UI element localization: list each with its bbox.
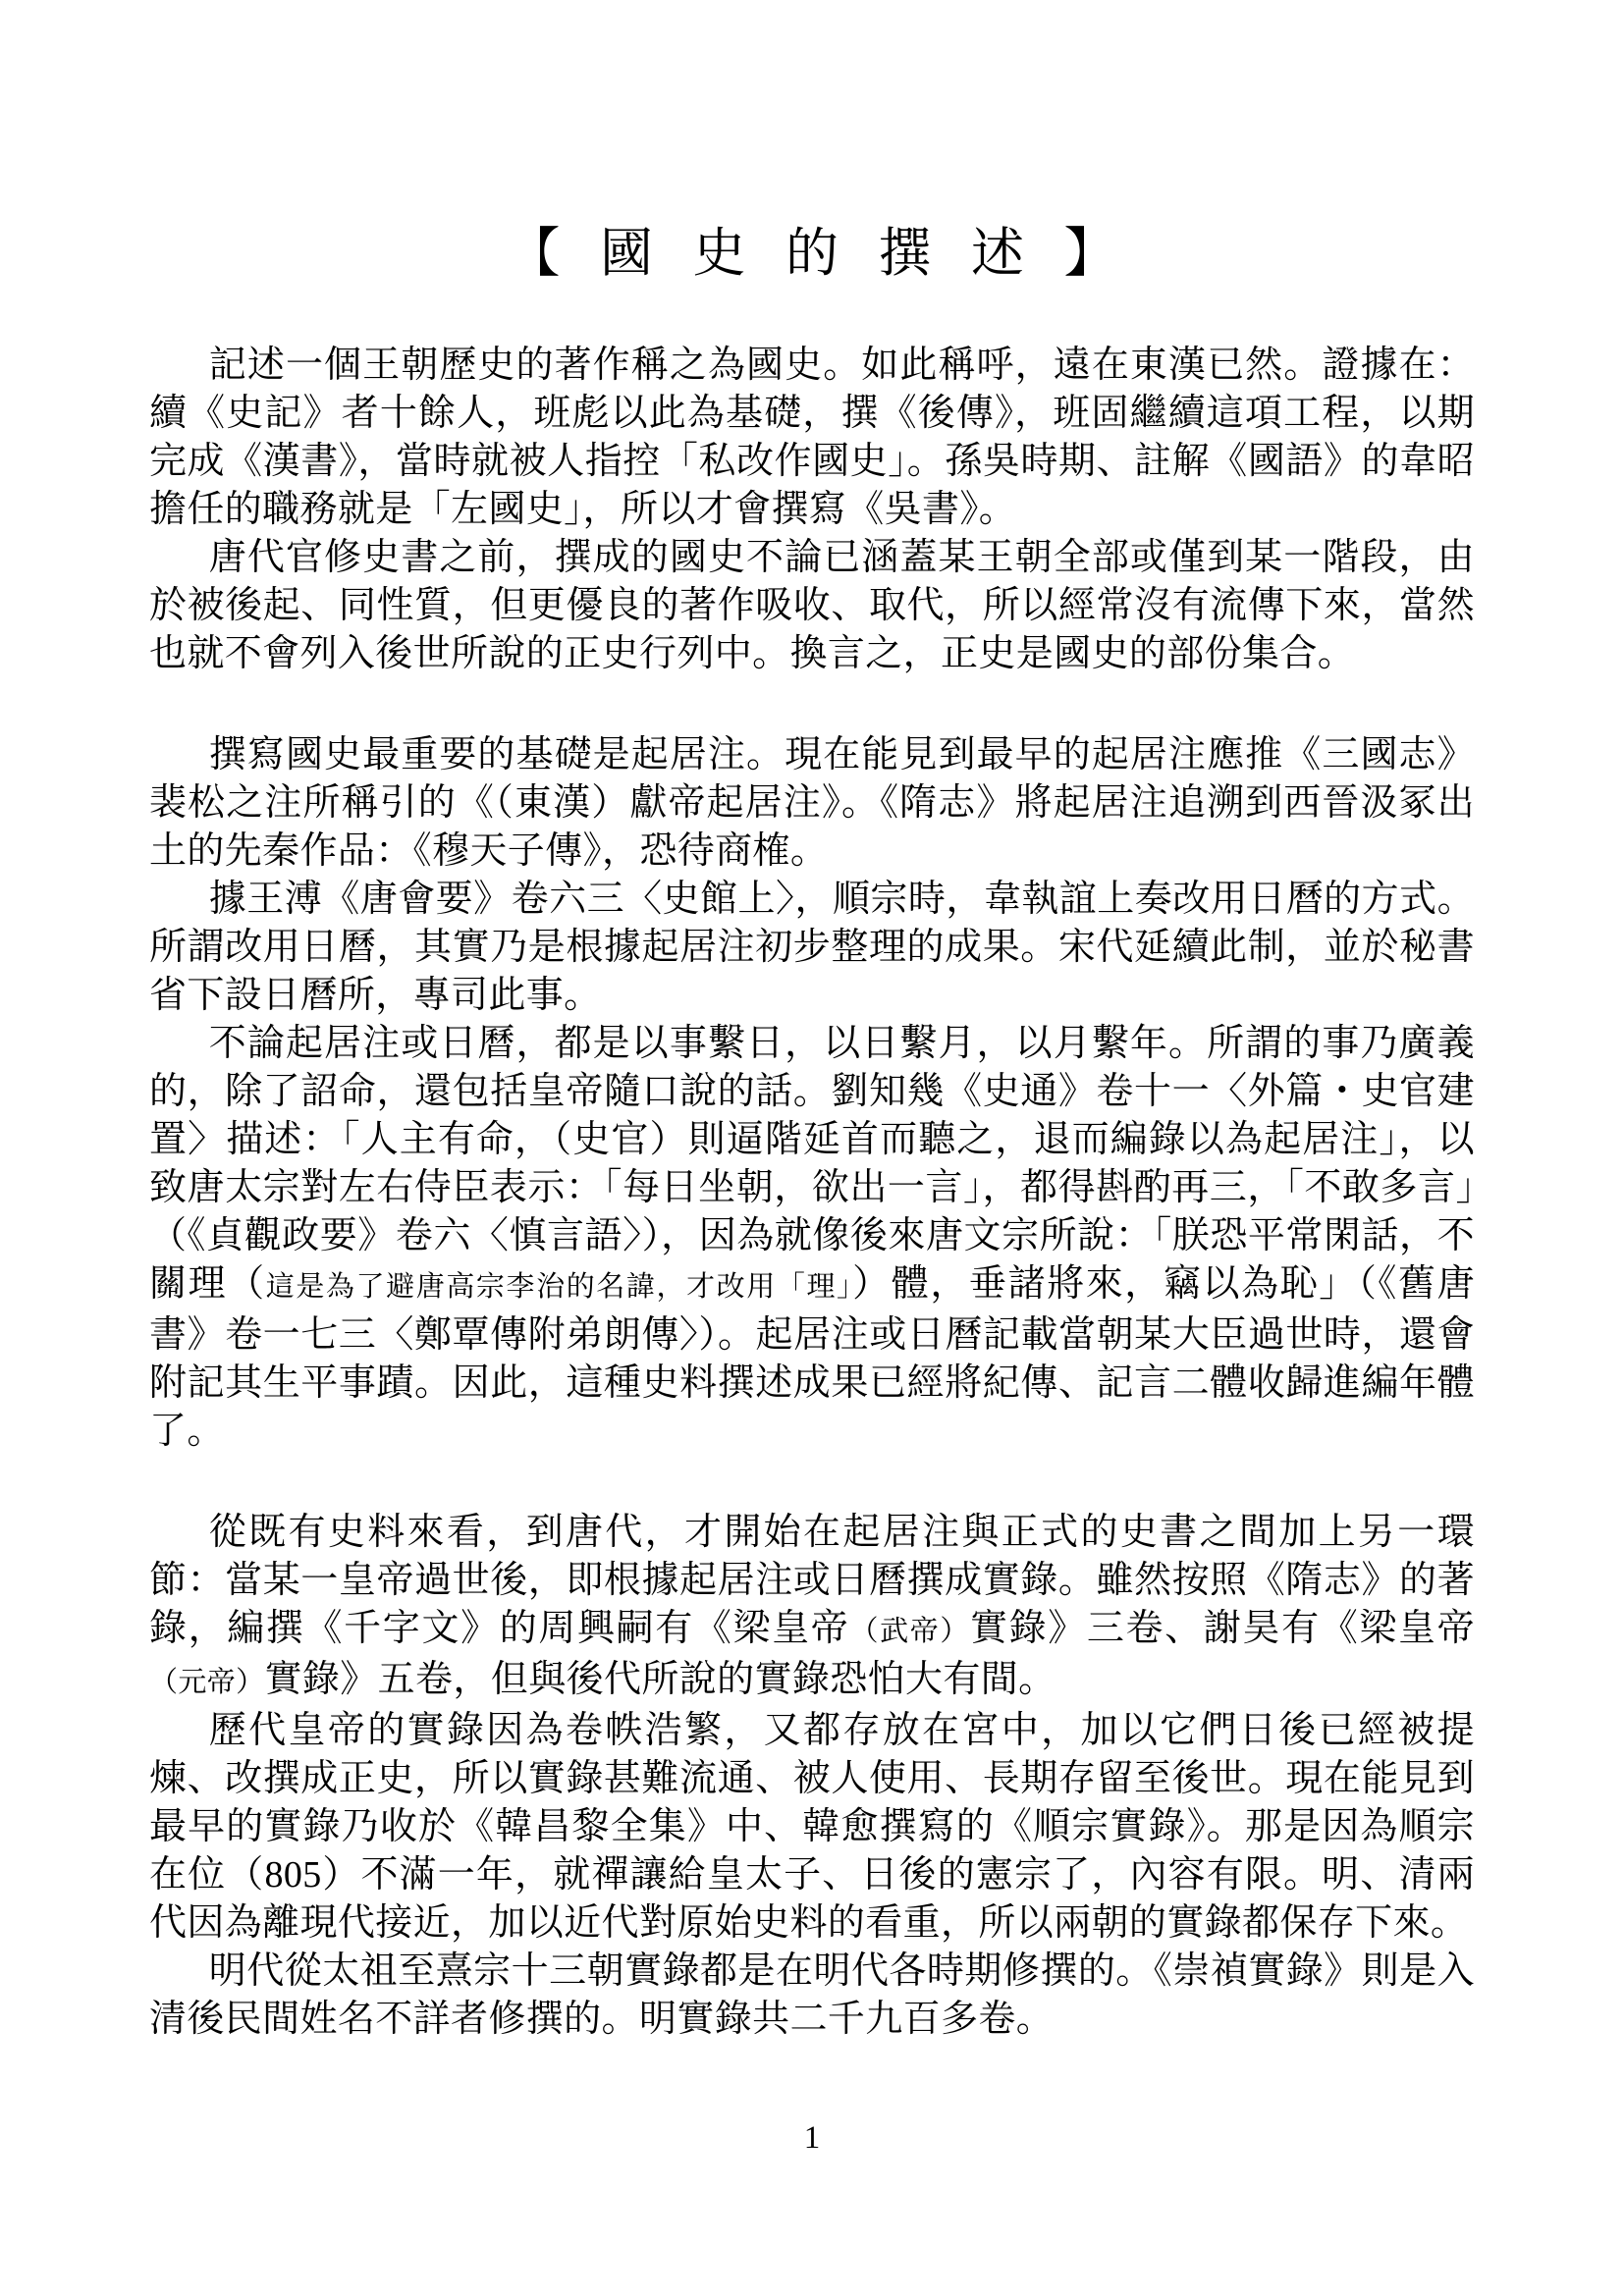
document-body: 記述一個王朝歷史的著作稱之為國史。如此稱呼，遠在東漢已然。證據在：續《史記》者十… xyxy=(149,342,1475,2044)
document-page: 【國史的撰述】 記述一個王朝歷史的著作稱之為國史。如此稱呼，遠在東漢已然。證據在… xyxy=(0,0,1624,2296)
page-title: 【國史的撰述】 xyxy=(149,220,1475,287)
text-run: 不論起居注或日曆，都是以事繫日，以日繫月，以月繫年。所謂的事乃廣義的，除了詔命，… xyxy=(149,1023,1475,1305)
paragraph: 撰寫國史最重要的基礎是起居注。現在能見到最早的起居注應推《三國志》裴松之注所稱引… xyxy=(149,731,1475,876)
document-content: 【國史的撰述】 記述一個王朝歷史的著作稱之為國史。如此稱呼，遠在東漢已然。證據在… xyxy=(149,220,1475,2044)
text-run: 實錄》五卷，但與後代所說的實錄恐怕大有間。 xyxy=(265,1659,1056,1700)
text-run: 據王溥《唐會要》卷六三〈史館上〉，順宗時，韋執誼上奏改用日曆的方式。所謂改用日曆… xyxy=(149,879,1475,1016)
text-run: 明代從太祖至熹宗十三朝實錄都是在明代各時期修撰的。《崇禎實錄》則是入清後民間姓名… xyxy=(149,1950,1475,2040)
paragraph: 記述一個王朝歷史的著作稱之為國史。如此稱呼，遠在東漢已然。證據在：續《史記》者十… xyxy=(149,342,1475,534)
paragraph: 唐代官修史書之前，撰成的國史不論已涵蓋某王朝全部或僅到某一階段，由於被後起、同性… xyxy=(149,534,1475,678)
text-run: 實錄》三卷、謝昊有《梁皇帝 xyxy=(970,1608,1475,1649)
text-run: 撰寫國史最重要的基礎是起居注。現在能見到最早的起居注應推《三國志》裴松之注所稱引… xyxy=(149,734,1475,872)
paragraph: 明代從太祖至熹宗十三朝實錄都是在明代各時期修撰的。《崇禎實錄》則是入清後民間姓名… xyxy=(149,1948,1475,2044)
text-run-small: （元帝） xyxy=(149,1667,265,1698)
text-run: 記述一個王朝歷史的著作稱之為國史。如此稱呼，遠在東漢已然。證據在：續《史記》者十… xyxy=(149,345,1475,530)
paragraph: 不論起居注或日曆，都是以事繫日，以日繫月，以月繫年。所謂的事乃廣義的，除了詔命，… xyxy=(149,1020,1475,1456)
paragraph: 從既有史料來看，到唐代，才開始在起居注與正式的史書之間加上另一環節：當某一皇帝過… xyxy=(149,1509,1475,1707)
text-run-small: （武帝） xyxy=(849,1616,970,1647)
text-run: 歷代皇帝的實錄因為卷帙浩繁，又都存放在宮中，加以它們日後已經被提煉、改撰成正史，… xyxy=(149,1710,1475,1944)
text-run-small: 這是為了避唐高宗李治的名諱，才改用「理」 xyxy=(266,1271,852,1303)
paragraph: 歷代皇帝的實錄因為卷帙浩繁，又都存放在宮中，加以它們日後已經被提煉、改撰成正史，… xyxy=(149,1707,1475,1948)
paragraph: 據王溥《唐會要》卷六三〈史館上〉，順宗時，韋執誼上奏改用日曆的方式。所謂改用日曆… xyxy=(149,876,1475,1020)
page-number: 1 xyxy=(0,2118,1624,2158)
text-run: 唐代官修史書之前，撰成的國史不論已涵蓋某王朝全部或僅到某一階段，由於被後起、同性… xyxy=(149,537,1475,674)
